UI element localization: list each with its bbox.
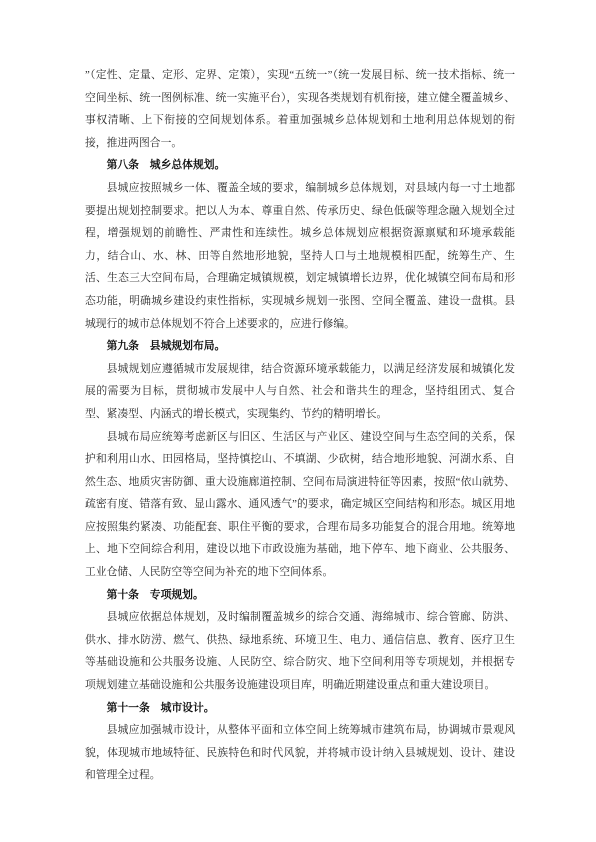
document-page: ”（定性、定量、定形、定界、定策），实现“五统一”（统一发展目标、统一技术指标、… xyxy=(0,0,596,842)
article-11-paragraph: 县城应加强城市设计，从整体平面和立体空间上统筹城市建筑布局，协调城市景观风貌，体… xyxy=(85,719,515,787)
article-heading-11: 第十一条 城市设计。 xyxy=(85,697,515,720)
article-heading-8: 第八条 城乡总体规划。 xyxy=(85,154,515,177)
document-text-block: ”（定性、定量、定形、定界、定策），实现“五统一”（统一发展目标、统一技术指标、… xyxy=(85,64,515,787)
article-10-paragraph: 县城应依据总体规划，及时编制覆盖城乡的综合交通、海绵城市、综合管廊、防洪、供水、… xyxy=(85,606,515,696)
paragraph-continuation: ”（定性、定量、定形、定界、定策），实现“五统一”（统一发展目标、统一技术指标、… xyxy=(85,64,515,154)
article-9-paragraph-1: 县城规划应遵循城市发展规律，结合资源环境承载能力，以满足经济发展和城镇化发展的需… xyxy=(85,358,515,426)
article-9-paragraph-2: 县城布局应统筹考虑新区与旧区、生活区与产业区、建设空间与生态空间的关系，保护和利… xyxy=(85,426,515,584)
article-8-paragraph: 县城应按照城乡一体、覆盖全域的要求，编制城乡总体规划，对县域内每一寸土地都要提出… xyxy=(85,177,515,335)
article-heading-9: 第九条 县城规划布局。 xyxy=(85,335,515,358)
article-heading-10: 第十条 专项规划。 xyxy=(85,584,515,607)
